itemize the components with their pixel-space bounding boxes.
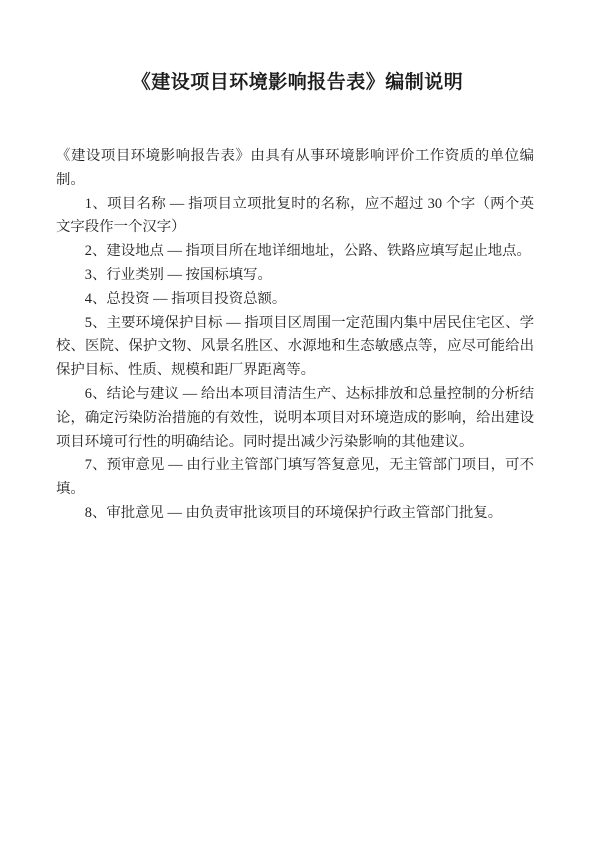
item-3-industry-category: 3、行业类别 — 按国标填写。 xyxy=(56,264,534,288)
item-8-approval-opinion: 8、审批意见 — 由负责审批该项目的环境保护行政主管部门批复。 xyxy=(56,502,534,526)
document-title: 《建设项目环境影响报告表》编制说明 xyxy=(0,0,595,96)
document-body: 《建设项目环境影响报告表》由具有从事环境影响评价工作资质的单位编制。 1、项目名… xyxy=(0,145,595,526)
item-6-conclusions-suggestions: 6、结论与建议 — 给出本项目清洁生产、达标排放和总量控制的分析结论，确定污染防… xyxy=(56,383,534,454)
item-7-preliminary-review-opinion: 7、预审意见 — 由行业主管部门填写答复意见，无主管部门项目，可不填。 xyxy=(56,454,534,502)
item-1-project-name: 1、项目名称 — 指项目立项批复时的名称，应不超过 30 个字（两个英文字段作一… xyxy=(56,193,534,241)
item-4-total-investment: 4、总投资 — 指项目投资总额。 xyxy=(56,288,534,312)
intro-paragraph: 《建设项目环境影响报告表》由具有从事环境影响评价工作资质的单位编制。 xyxy=(56,145,534,193)
item-2-construction-site: 2、建设地点 — 指项目所在地详细地址，公路、铁路应填写起止地点。 xyxy=(56,240,534,264)
document-page: 《建设项目环境影响报告表》编制说明 《建设项目环境影响报告表》由具有从事环境影响… xyxy=(0,0,595,842)
item-5-protection-targets: 5、主要环境保护目标 — 指项目区周围一定范围内集中居民住宅区、学校、医院、保护… xyxy=(56,312,534,383)
